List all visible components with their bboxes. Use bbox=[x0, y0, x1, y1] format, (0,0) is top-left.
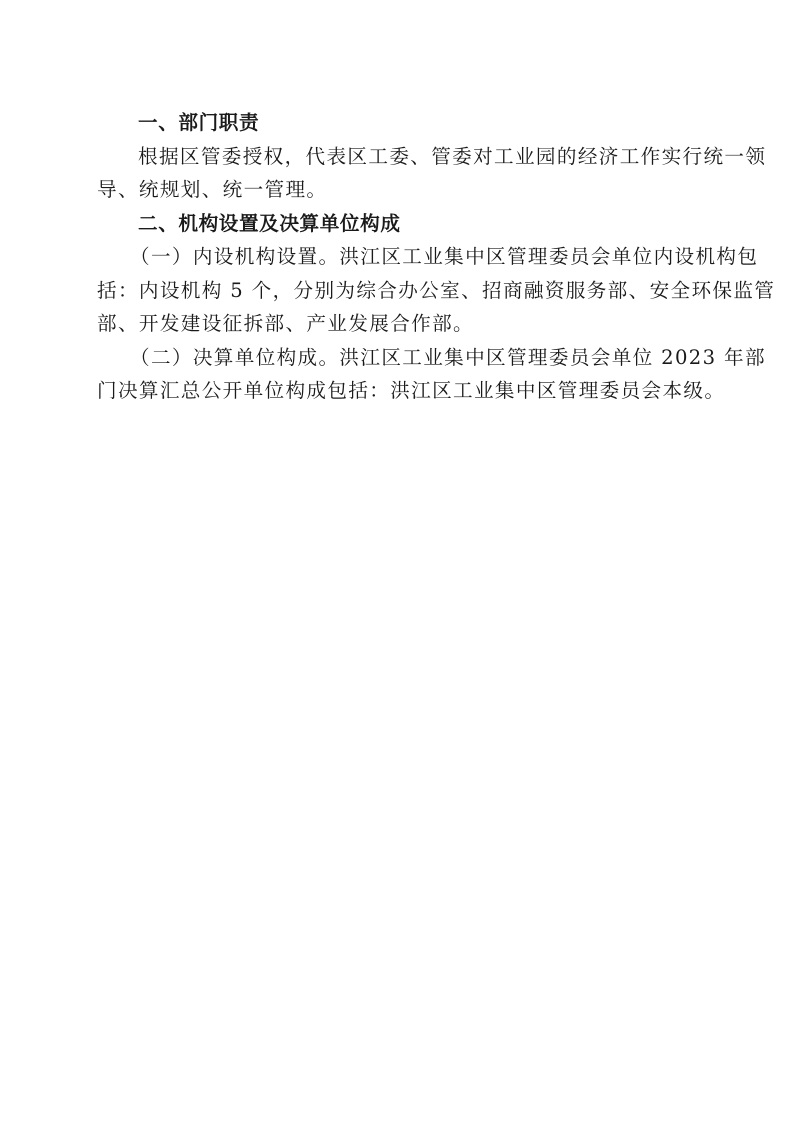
paragraph-line: （一）内设机构设置。洪江区工业集中区管理委员会单位内设机构包 bbox=[97, 240, 699, 274]
document-page: 一、部门职责 根据区管委授权，代表区工委、管委对工业园的经济工作实行统一领 导、… bbox=[97, 106, 699, 408]
paragraph-line: 部、开发建设征拆部、产业发展合作部。 bbox=[97, 307, 699, 341]
paragraph-accounting-units: （二）决算单位构成。洪江区工业集中区管理委员会单位 2023 年部 门决算汇总公… bbox=[97, 341, 699, 408]
paragraph-internal-structure: （一）内设机构设置。洪江区工业集中区管理委员会单位内设机构包 括：内设机构 5 … bbox=[97, 240, 699, 341]
paragraph-line: 门决算汇总公开单位构成包括：洪江区工业集中区管理委员会本级。 bbox=[97, 374, 699, 408]
paragraph-line: 根据区管委授权，代表区工委、管委对工业园的经济工作实行统一领 bbox=[97, 140, 699, 174]
paragraph-department-duties: 根据区管委授权，代表区工委、管委对工业园的经济工作实行统一领 导、统规划、统一管… bbox=[97, 140, 699, 207]
section-heading-department-duties: 一、部门职责 bbox=[97, 106, 699, 140]
paragraph-line: （二）决算单位构成。洪江区工业集中区管理委员会单位 2023 年部 bbox=[97, 341, 699, 375]
section-heading-organization: 二、机构设置及决算单位构成 bbox=[97, 207, 699, 241]
paragraph-line: 导、统规划、统一管理。 bbox=[97, 173, 699, 207]
paragraph-line: 括：内设机构 5 个，分别为综合办公室、招商融资服务部、安全环保监管 bbox=[97, 274, 699, 308]
